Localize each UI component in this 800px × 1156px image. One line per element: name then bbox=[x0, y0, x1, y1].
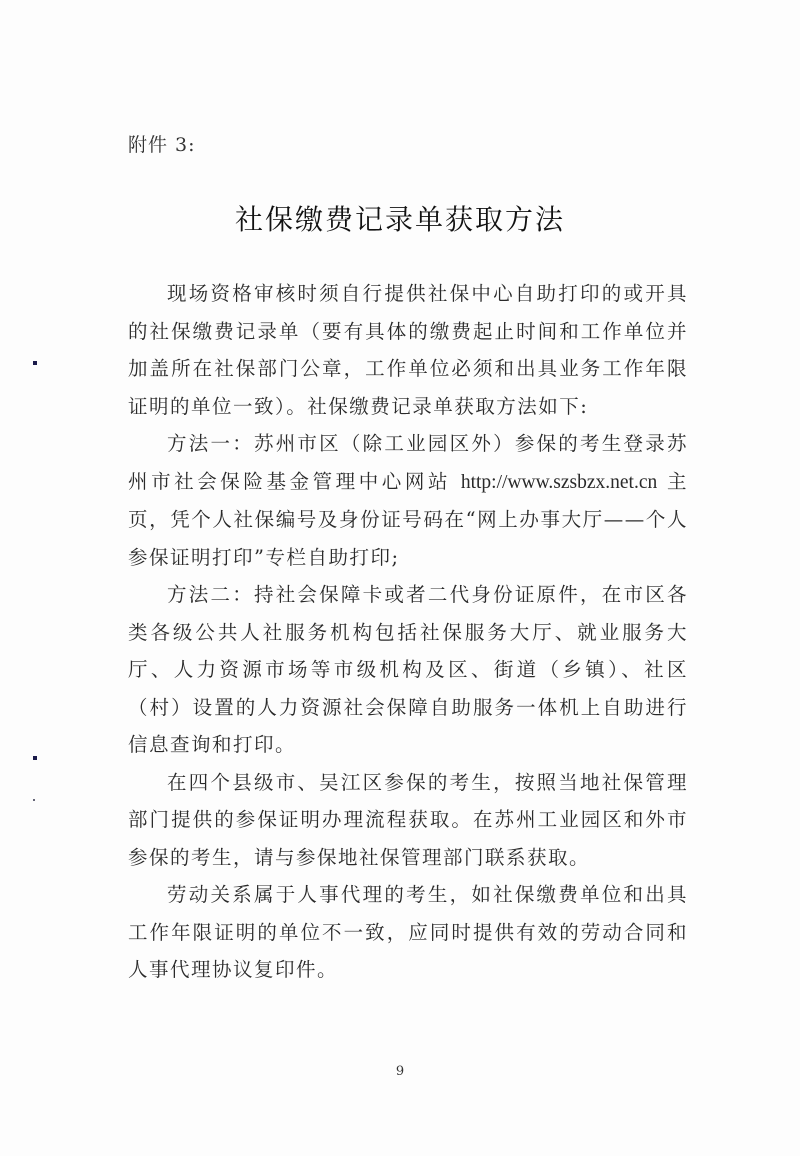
document-title: 社保缴费记录单获取方法 bbox=[0, 198, 800, 238]
attachment-label: 附件 3: bbox=[128, 130, 196, 157]
document-page: 附件 3: 社保缴费记录单获取方法 现场资格审核时须自行提供社保中心自助打印的或… bbox=[0, 0, 800, 1156]
paragraph-county: 在四个县级市、吴江区参保的考生，按照当地社保管理部门提供的参保证明办理流程获取。… bbox=[128, 764, 688, 877]
paragraph-method-two: 方法二：持社会保障卡或者二代身份证原件，在市区各类各级公共人社服务机构包括社保服… bbox=[128, 576, 688, 764]
paragraph-intro: 现场资格审核时须自行提供社保中心自助打印的或开具的社保缴费记录单（要有具体的缴费… bbox=[128, 275, 688, 425]
binding-hole-mark bbox=[33, 756, 37, 760]
scan-speck bbox=[33, 799, 35, 801]
document-body: 现场资格审核时须自行提供社保中心自助打印的或开具的社保缴费记录单（要有具体的缴费… bbox=[128, 275, 688, 989]
website-url: http://www.szsbzx.net.cn bbox=[461, 472, 657, 493]
paragraph-agency: 劳动关系属于人事代理的考生，如社保缴费单位和出具工作年限证明的单位不一致，应同时… bbox=[128, 876, 688, 989]
page-number: 9 bbox=[0, 1064, 800, 1079]
paragraph-method-one: 方法一：苏州市区（除工业园区外）参保的考生登录苏州市社会保险基金管理中心网站 h… bbox=[128, 425, 688, 576]
binding-hole-mark bbox=[33, 361, 37, 365]
